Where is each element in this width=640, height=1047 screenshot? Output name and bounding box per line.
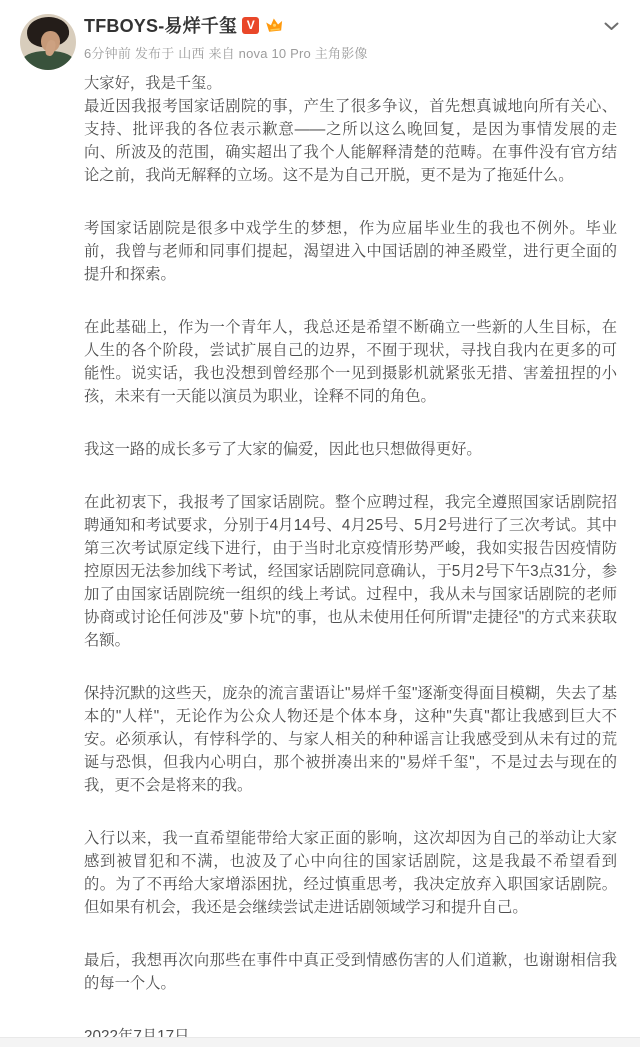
post-meta: 6分钟前 发布于 山西 来自 nova 10 Pro 主角影像 bbox=[84, 43, 582, 62]
post-paragraph: 我这一路的成长多亏了大家的偏爱，因此也只想做得更好。 bbox=[84, 438, 617, 461]
author-name[interactable]: TFBOYS-易烊千玺 bbox=[84, 12, 237, 38]
vip-crown-icon bbox=[264, 16, 285, 34]
post-paragraph: 在此初衷下，我报考了国家话剧院。整个应聘过程，我完全遵照国家话剧院招聘通知和考试… bbox=[84, 491, 617, 652]
post-paragraph: 大家好，我是千玺。 最近因我报考国家话剧院的事，产生了很多争议，首先想真诚地向所… bbox=[84, 72, 617, 187]
section-divider bbox=[0, 1037, 640, 1047]
weibo-post-page: TFBOYS-易烊千玺 V 6分钟前 发布于 山西 来自 nova 10 Pro… bbox=[0, 0, 640, 1047]
avatar[interactable] bbox=[20, 14, 76, 70]
verified-v-badge-icon: V bbox=[242, 17, 259, 34]
post-header: TFBOYS-易烊千玺 V 6分钟前 发布于 山西 来自 nova 10 Pro… bbox=[20, 13, 622, 73]
author-block: TFBOYS-易烊千玺 V 6分钟前 发布于 山西 来自 nova 10 Pro… bbox=[84, 13, 582, 62]
post-paragraph: 最后，我想再次向那些在事件中真正受到情感伤害的人们道歉，也谢谢相信我的每一个人。 bbox=[84, 949, 617, 995]
post-body: 大家好，我是千玺。 最近因我报考国家话剧院的事，产生了很多争议，首先想真诚地向所… bbox=[84, 72, 617, 1047]
post-paragraph: 入行以来，我一直希望能带给大家正面的影响，这次却因为自己的举动让大家感到被冒犯和… bbox=[84, 827, 617, 919]
author-line: TFBOYS-易烊千玺 V bbox=[84, 13, 582, 37]
post-paragraph: 考国家话剧院是很多中戏学生的梦想，作为应届毕业生的我也不例外。毕业前，我曾与老师… bbox=[84, 217, 617, 286]
chevron-down-icon[interactable] bbox=[600, 17, 622, 35]
post-paragraph: 保持沉默的这些天，庞杂的流言蜚语让"易烊千玺"逐渐变得面目模糊，失去了基本的"人… bbox=[84, 682, 617, 797]
post-paragraph: 在此基础上，作为一个青年人，我总还是希望不断确立一些新的人生目标，在人生的各个阶… bbox=[84, 316, 617, 408]
